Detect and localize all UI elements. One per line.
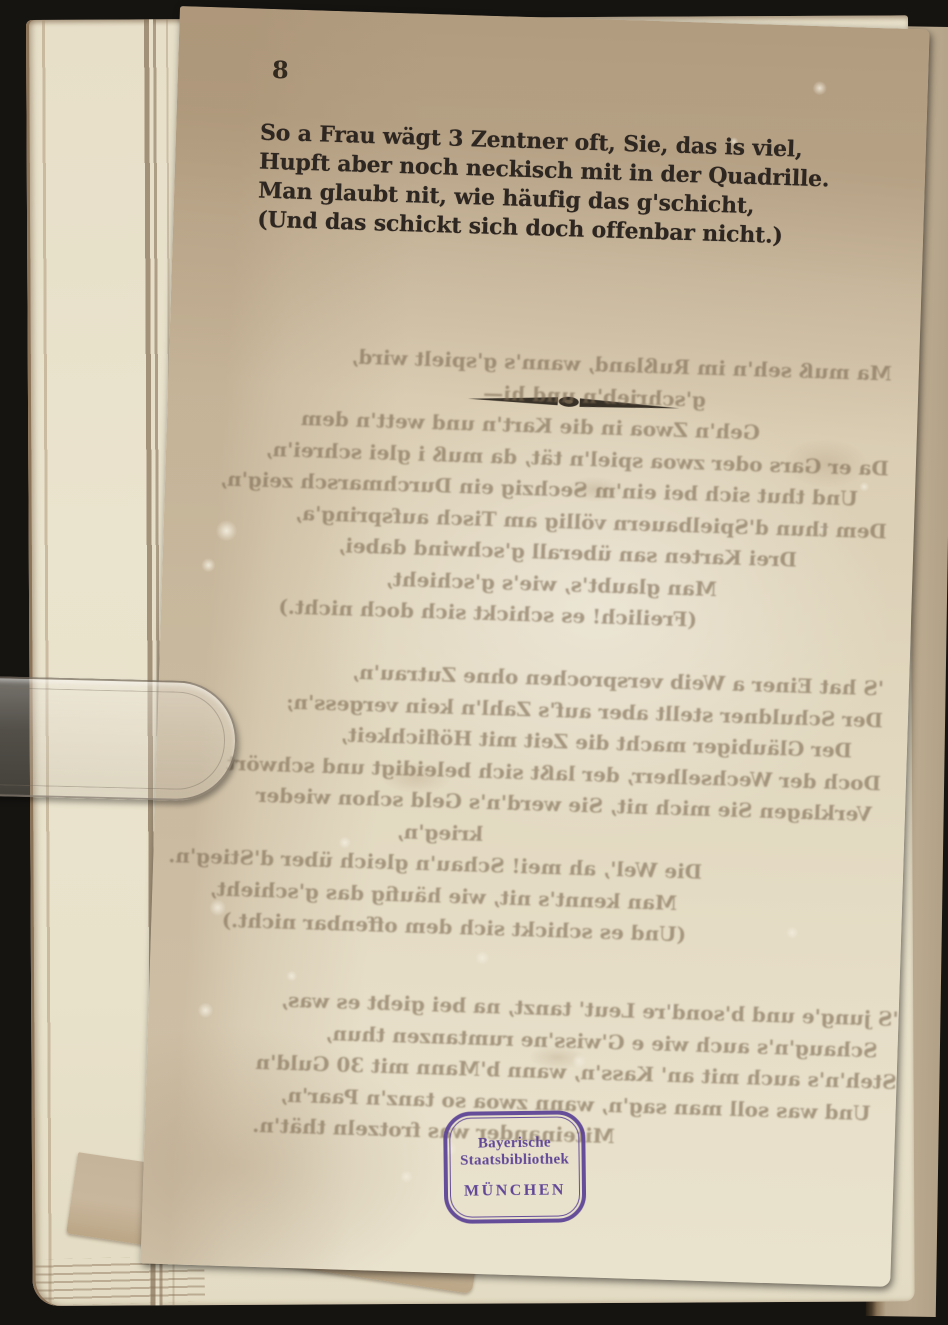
verse-block: So a Frau wägt 3 Zentner oft, Sie, das i… bbox=[257, 119, 880, 254]
bleedthrough-block-b: 'S hat Einer a Weib versprochen ohne Zut… bbox=[216, 653, 885, 957]
paper-clip bbox=[0, 676, 238, 802]
bleedthrough-block-a: Ma muß seh'n im Rußland, wann's g'spielt… bbox=[336, 341, 893, 642]
stamp-line-2: Staatsbibliothek bbox=[460, 1151, 569, 1169]
scanner-background: { "scan": { "page_number": "8", "verse_l… bbox=[0, 0, 948, 1325]
stamp-city: MÜNCHEN bbox=[464, 1181, 566, 1200]
stamp-line-1: Bayerische bbox=[478, 1134, 551, 1152]
bleedthrough-block-c: 'S jung'e und b'sond're Leut' tanzt, na … bbox=[294, 985, 899, 1161]
library-stamp: Bayerische Staatsbibliothek MÜNCHEN bbox=[443, 1110, 586, 1224]
page-number: 8 bbox=[272, 55, 290, 85]
scanned-book-page: 8 So a Frau wägt 3 Zentner oft, Sie, das… bbox=[140, 6, 929, 1287]
paper-clip-inner-loop bbox=[0, 687, 226, 791]
